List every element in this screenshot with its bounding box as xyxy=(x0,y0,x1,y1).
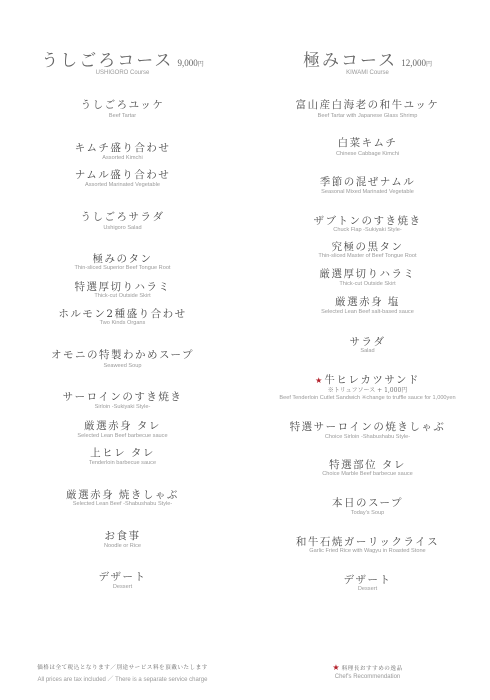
menu-item-en: Tenderloin barbecue sauce xyxy=(0,460,245,466)
menu-item-jp: 季節の混ぜナムル xyxy=(245,174,490,189)
menu-item-en: Thin-sliced Superior Beef Tongue Root xyxy=(0,265,245,271)
menu-item-en: Choice Marble Beef barbecue sauce xyxy=(245,471,490,477)
menu-item-note: ※トリュフソース + 1,000円 xyxy=(245,385,490,394)
course-price: 9,000円 xyxy=(177,58,203,68)
course-title: 極みコース12,000円 xyxy=(245,46,490,71)
menu-item-en: Beef Tenderloin Cutlet Sandwich ※change … xyxy=(245,395,490,401)
menu-item-jp: 厳選赤身 焼きしゃぶ xyxy=(0,487,245,502)
menu-item-en: Chuck Flap -Sukiyaki Style- xyxy=(245,227,490,233)
menu-item-jp: 厳選厚切りハラミ xyxy=(245,266,490,281)
menu-item-jp: ホルモン2種盛り合わせ xyxy=(0,306,245,321)
chef-recommendation-star-icon: ★ xyxy=(315,376,322,385)
menu-item-en: Salad xyxy=(245,348,490,354)
kiwami-course-column: 極みコース12,000円 KIWAMI Course 富山産白海老の和牛ユッケ … xyxy=(245,0,490,700)
price-value: 9,000 xyxy=(177,58,197,68)
menu-item-jp: オモニの特製わかめスープ xyxy=(0,347,245,362)
menu-item-en: Thin-sliced Master of Beef Tongue Root xyxy=(245,253,490,259)
menu-item-en: Beef Tartar with Japanese Glass Shrimp xyxy=(245,113,490,119)
course-title-en: USHIGORO Course xyxy=(0,70,245,76)
menu-item-en: Beef Tartar xyxy=(0,113,245,119)
menu-item-jp: 特選サーロインの焼きしゃぶ xyxy=(245,419,490,434)
menu-item-en: Chinese Cabbage Kimchi xyxy=(245,151,490,157)
menu-item-en: Noodle or Rice xyxy=(0,543,245,549)
menu-item-jp: 本日のスープ xyxy=(245,495,490,510)
menu-item-jp: サーロインのすき焼き xyxy=(0,389,245,404)
menu-item-en: Choice Sirloin -Shabushabu Style- xyxy=(245,434,490,440)
menu-item-jp: 厳選赤身 塩 xyxy=(245,294,490,309)
menu-item-en: Garlic Fried Rice with Wagyu in Roasted … xyxy=(245,548,490,554)
price-value: 12,000 xyxy=(401,58,426,68)
menu-item-jp: うしごろサラダ xyxy=(0,209,245,224)
menu-item-jp: キムチ盛り合わせ xyxy=(0,140,245,155)
menu-item-jp: 特選厚切りハラミ xyxy=(0,279,245,294)
menu-item-jp: 富山産白海老の和牛ユッケ xyxy=(245,97,490,112)
course-title-text: うしごろコース xyxy=(41,51,173,71)
menu-item-en: Today's Soup xyxy=(245,510,490,516)
menu-item-en: Selected Lean Beef salt-based sauce xyxy=(245,309,490,315)
menu-item-jp: ナムル盛り合わせ xyxy=(0,167,245,182)
price-unit: 円 xyxy=(426,62,432,68)
menu-item-jp: デザート xyxy=(0,569,245,584)
menu-item-jp: 特選部位 タレ xyxy=(245,457,490,472)
menu-item-jp: 和牛石焼ガーリックライス xyxy=(245,534,490,549)
menu-item-jp: 究極の黒タン xyxy=(245,239,490,254)
menu-item-en: Dessert xyxy=(0,584,245,590)
menu-item-en: Sirloin -Sukiyaki Style- xyxy=(0,404,245,410)
menu-item-en: Selected Lean Beef -Shabushabu Style- xyxy=(0,501,245,507)
menu-item-en: Assorted Marinated Vegetable xyxy=(0,182,245,188)
menu-item-jp: ザブトンのすき焼き xyxy=(245,213,490,228)
menu-item-jp: 白菜キムチ xyxy=(245,135,490,150)
star-icon: ★ xyxy=(332,663,339,672)
chef-recommendation-legend: ★料理長おすすめの逸品 xyxy=(245,663,490,672)
menu-item-jp: サラダ xyxy=(245,334,490,349)
ushigoro-course-column: うしごろコース9,000円 USHIGORO Course うしごろユッケ Be… xyxy=(0,0,245,700)
tax-note-jp: 価格は全て税込となります／別途サービス料を頂戴いたします xyxy=(0,663,245,671)
legend-jp: 料理長おすすめの逸品 xyxy=(342,666,403,672)
course-price: 12,000円 xyxy=(401,58,432,68)
menu-item-en: Dessert xyxy=(245,586,490,592)
menu-item-en: Selected Lean Beef barbecue sauce xyxy=(0,433,245,439)
menu-item-jp: うしごろユッケ xyxy=(0,97,245,112)
menu-item-jp: 上ヒレ タレ xyxy=(0,445,245,460)
course-title-en: KIWAMI Course xyxy=(245,70,490,76)
menu-item-jp: 極みのタン xyxy=(0,251,245,266)
menu-item-en: Thick-cut Outside Skirt xyxy=(245,281,490,287)
menu-item-en: Two Kinds Organs xyxy=(0,320,245,326)
menu-item-en: Seaweed Soup xyxy=(0,363,245,369)
menu-item-en: Seasonal Mixed Marinated Vegetable xyxy=(245,189,490,195)
tax-note-en: All prices are tax included ／ There is a… xyxy=(0,674,245,683)
menu-item-en: Assorted Kimchi xyxy=(0,155,245,161)
legend-en: Chef's Recommendation xyxy=(245,674,490,680)
menu-item-en: Ushigoro Salad xyxy=(0,225,245,231)
course-title-text: 極みコース xyxy=(303,51,397,71)
price-unit: 円 xyxy=(198,62,204,68)
menu-item-jp: 厳選赤身 タレ xyxy=(0,418,245,433)
menu-item-en: Thick-cut Outside Skirt xyxy=(0,293,245,299)
menu-item-jp: お食事 xyxy=(0,528,245,543)
menu-item-jp: デザート xyxy=(245,572,490,587)
course-title: うしごろコース9,000円 xyxy=(0,46,245,71)
